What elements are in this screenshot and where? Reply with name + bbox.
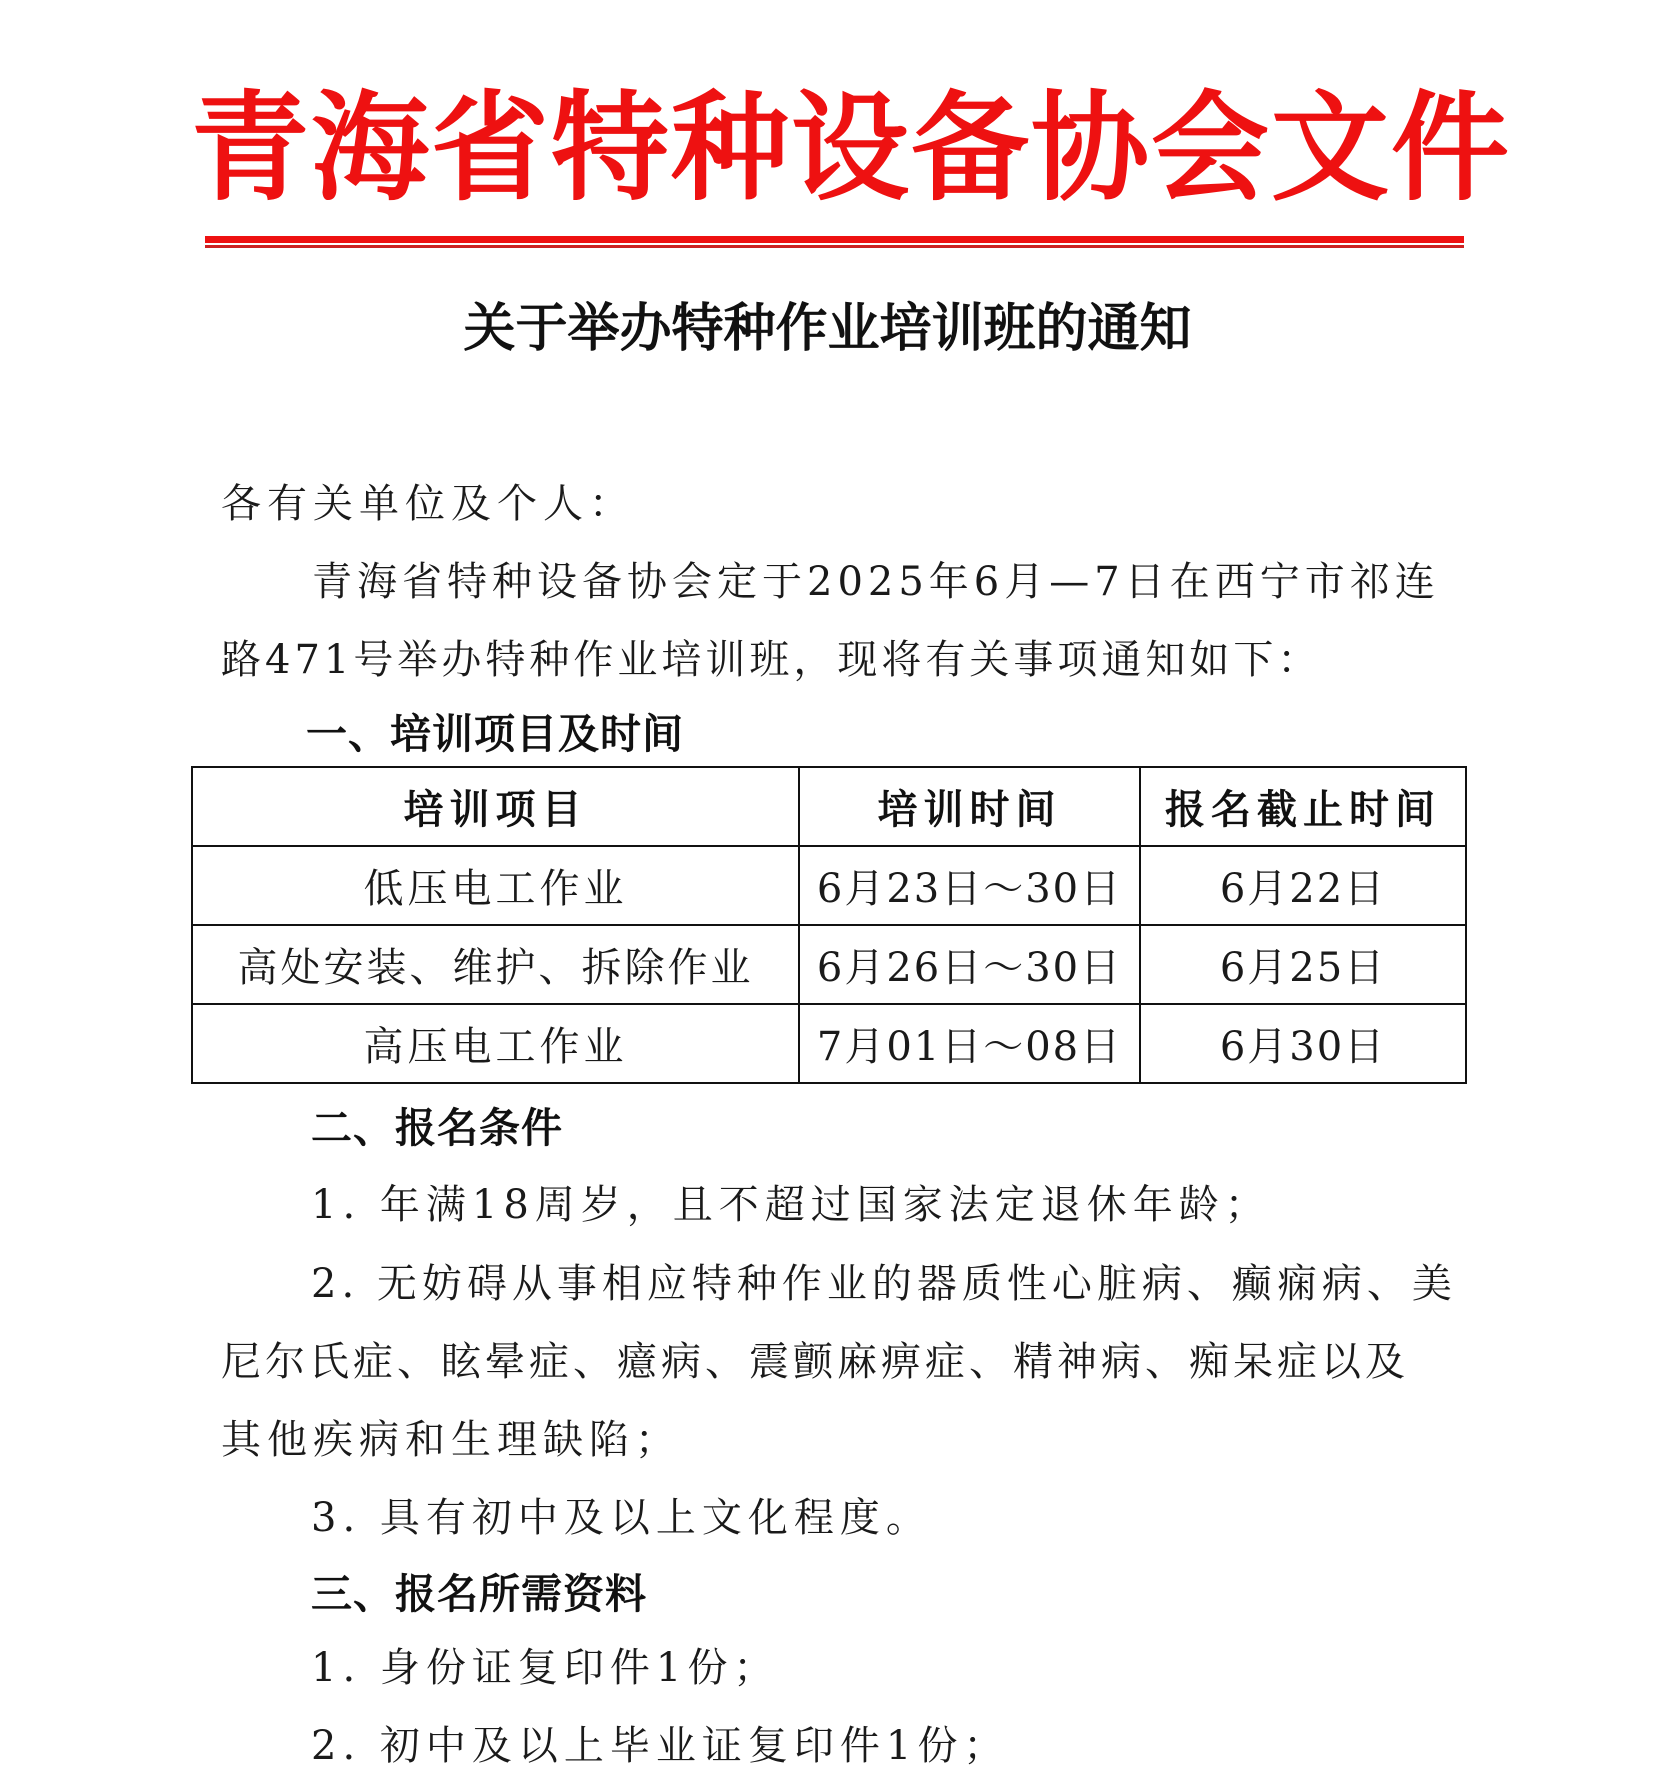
section-1-heading: 一、培训项目及时间: [306, 706, 684, 762]
cell-training-time: 6月26日～30日: [799, 925, 1140, 1004]
masthead-red-rule-thick: [205, 236, 1464, 243]
intro-paragraph-line-2: 路471号举办特种作业培训班，现将有关事项通知如下：: [221, 632, 1321, 688]
materials-item-2: 2. 初中及以上毕业证复印件1份；: [311, 1718, 1009, 1774]
section-2-heading: 二、报名条件: [311, 1100, 563, 1156]
header-registration-deadline: 报名截止时间: [1140, 767, 1466, 846]
header-training-time: 培训时间: [799, 767, 1140, 846]
intro-paragraph-line-1: 青海省特种设备协会定于2025年6月—7日在西宁市祁连: [312, 554, 1440, 610]
materials-item-1: 1. 身份证复印件1份；: [311, 1640, 779, 1696]
table-row: 低压电工作业 6月23日～30日 6月22日: [192, 846, 1466, 925]
cell-registration-deadline: 6月25日: [1140, 925, 1466, 1004]
condition-item-2-line-3: 其他疾病和生理缺陷；: [221, 1412, 681, 1468]
masthead-title: 青海省特种设备协会文件: [191, 78, 1464, 218]
condition-item-2-line-1: 2. 无妨碍从事相应特种作业的器质性心脏病、癫痫病、美: [311, 1256, 1457, 1312]
cell-training-item: 低压电工作业: [192, 846, 799, 925]
condition-item-2-line-2: 尼尔氏症、眩晕症、癔病、震颤麻痹症、精神病、痴呆症以及: [221, 1334, 1409, 1390]
masthead-red-rule-thin: [205, 245, 1464, 248]
table-row: 高压电工作业 7月01日～08日 6月30日: [192, 1004, 1466, 1083]
cell-training-item: 高压电工作业: [192, 1004, 799, 1083]
table-row: 高处安装、维护、拆除作业 6月26日～30日 6月25日: [192, 925, 1466, 1004]
training-schedule-table: 培训项目 培训时间 报名截止时间 低压电工作业 6月23日～30日 6月22日 …: [191, 766, 1467, 1084]
cell-training-time: 6月23日～30日: [799, 846, 1140, 925]
header-training-item: 培训项目: [192, 767, 799, 846]
cell-registration-deadline: 6月22日: [1140, 846, 1466, 925]
table-header-row: 培训项目 培训时间 报名截止时间: [192, 767, 1466, 846]
cell-training-time: 7月01日～08日: [799, 1004, 1140, 1083]
cell-training-item: 高处安装、维护、拆除作业: [192, 925, 799, 1004]
section-3-heading: 三、报名所需资料: [311, 1566, 647, 1622]
cell-registration-deadline: 6月30日: [1140, 1004, 1466, 1083]
condition-item-1: 1. 年满18周岁，且不超过国家法定退休年龄；: [311, 1177, 1271, 1233]
document-page: 青海省特种设备协会文件 关于举办特种作业培训班的通知 各有关单位及个人： 青海省…: [0, 0, 1653, 1781]
salutation: 各有关单位及个人：: [221, 476, 635, 532]
condition-item-3: 3. 具有初中及以上文化程度。: [311, 1490, 932, 1546]
document-title: 关于举办特种作业培训班的通知: [191, 294, 1464, 364]
